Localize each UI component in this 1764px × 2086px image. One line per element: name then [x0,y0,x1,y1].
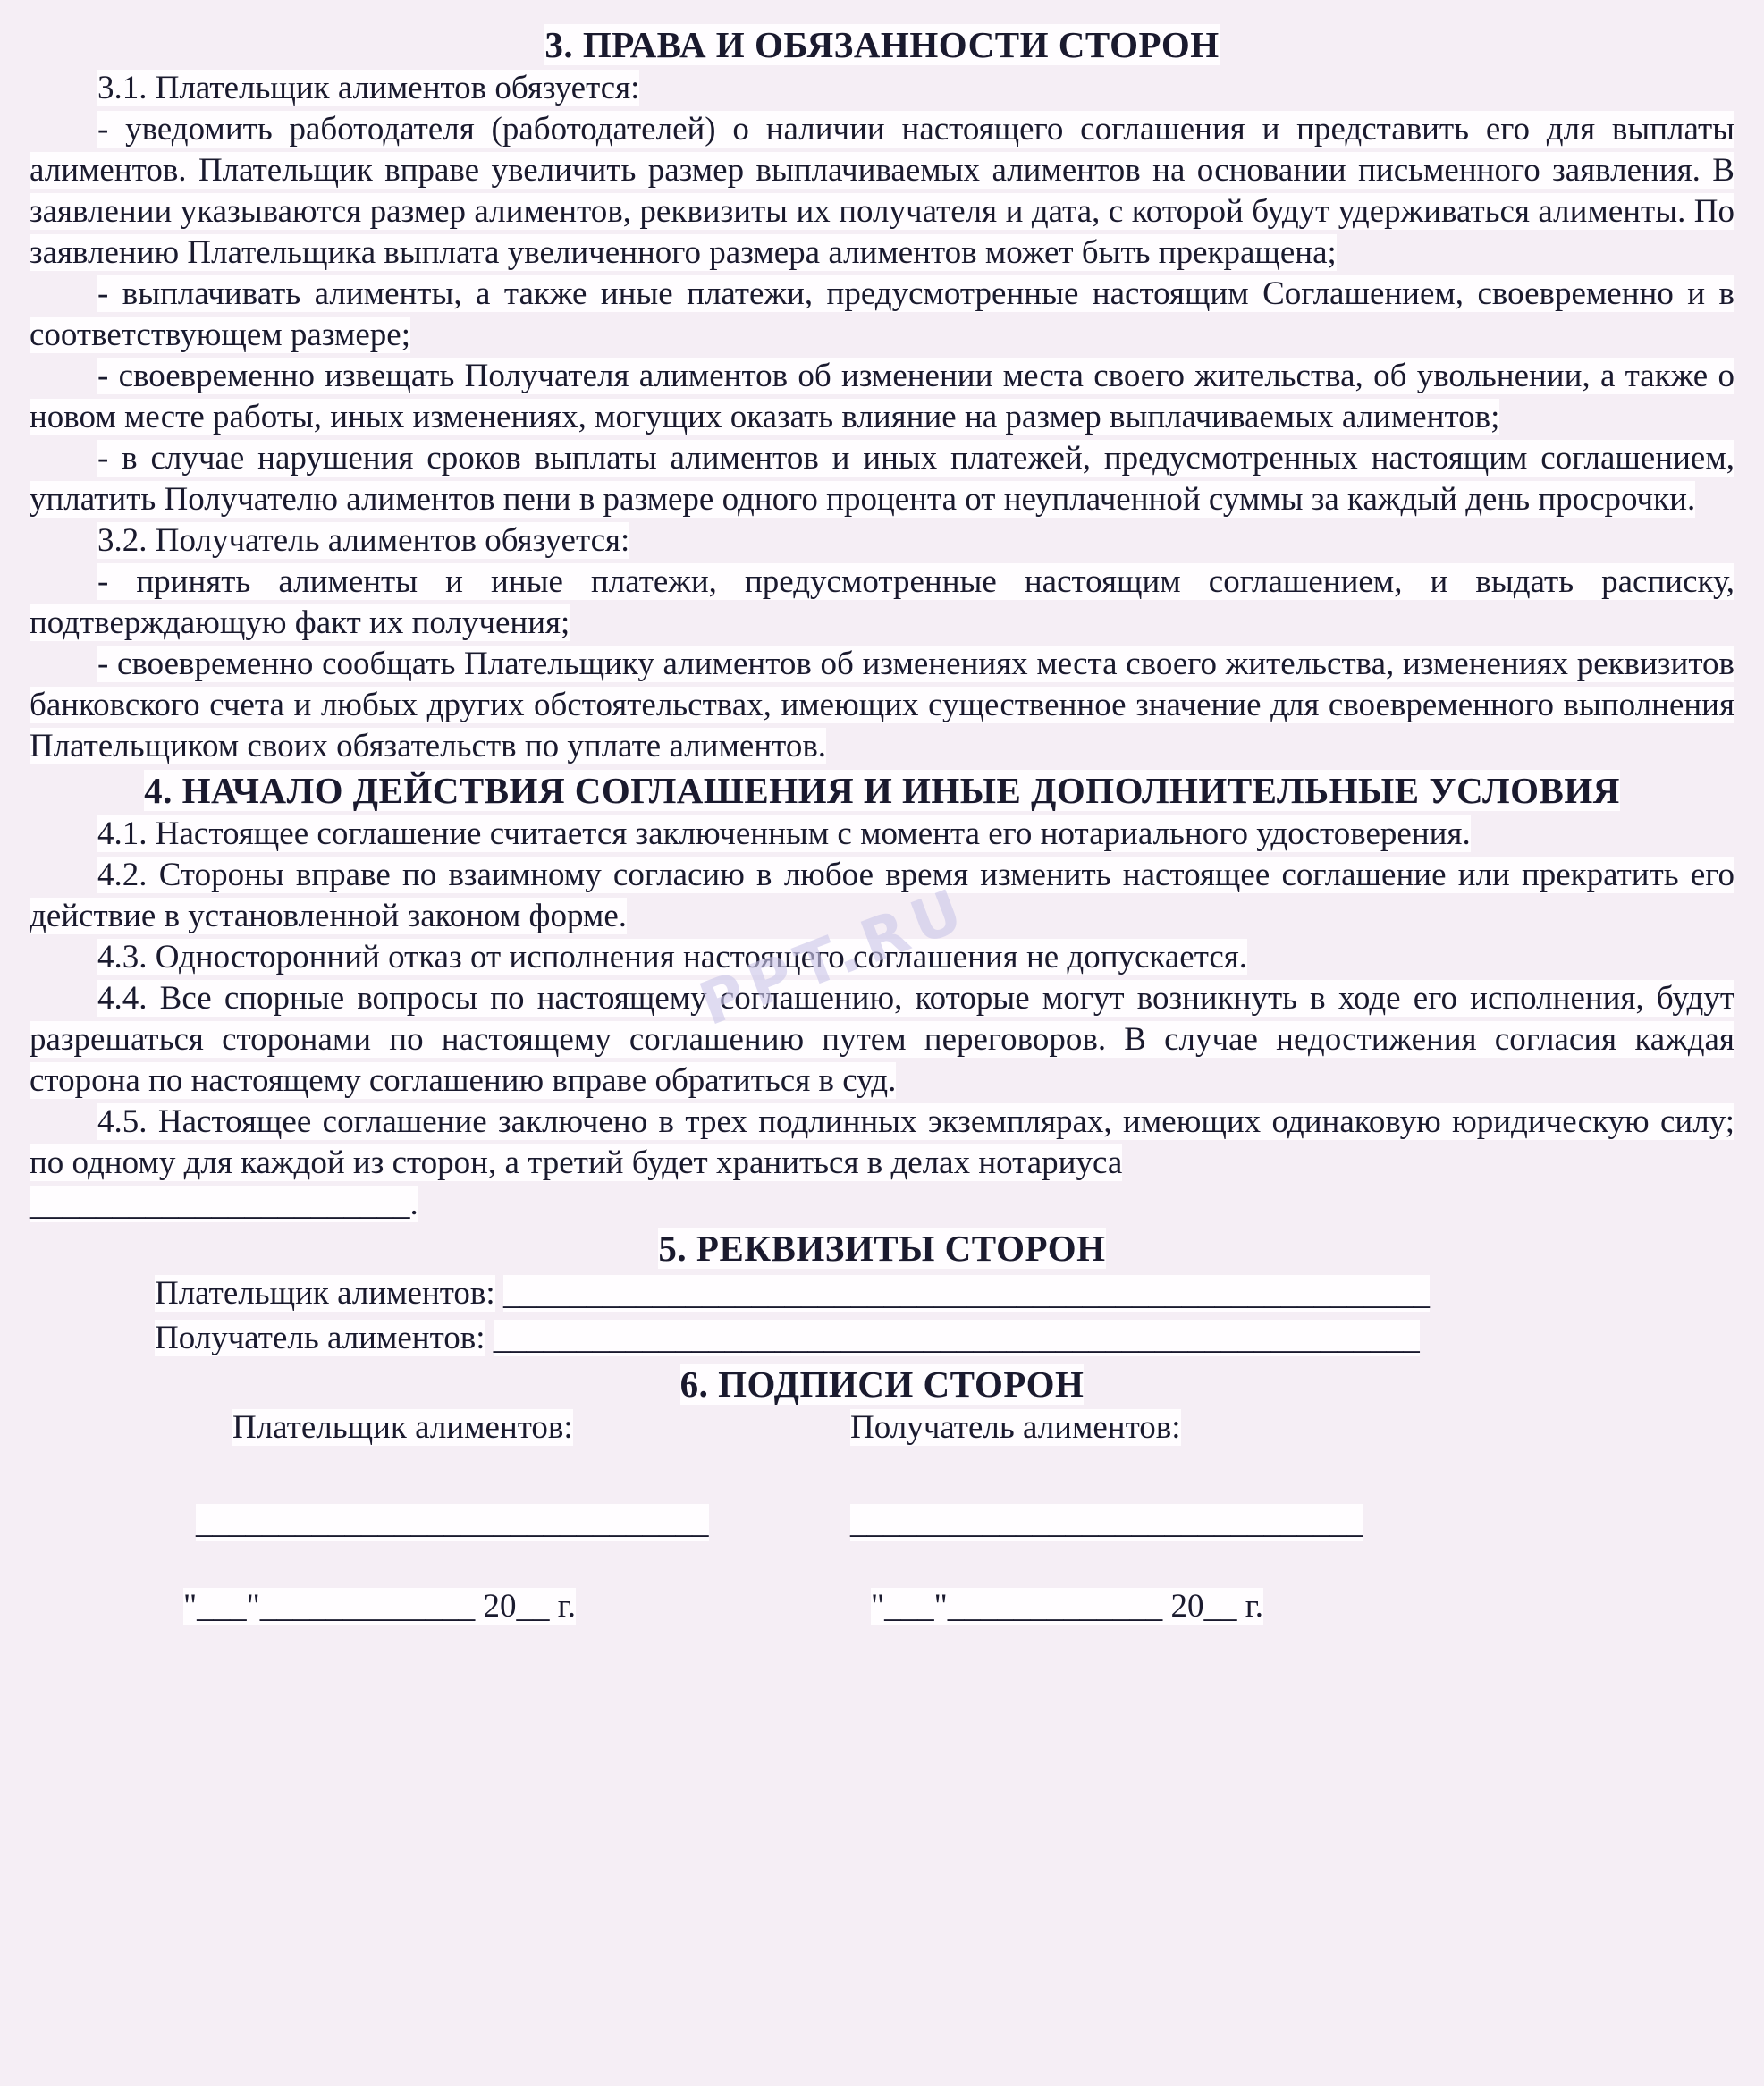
recipient-signature-column: Получатель алиментов: __________________… [850,1407,1387,1627]
payer-label: Плательщик алиментов: [155,1275,495,1312]
section-6-title: 6. ПОДПИСИ СТОРОН [30,1361,1734,1407]
recipient-date-line: "___"_____________ 20__ г. [850,1586,1387,1627]
paragraph: 3.2. Получатель алиментов обязуется: [30,520,1734,562]
document-page: 3. ПРАВА И ОБЯЗАННОСТИ СТОРОН 3.1. Плате… [0,0,1764,2086]
section-4-title: 4. НАЧАЛО ДЕЙСТВИЯ СОГЛАШЕНИЯ И ИНЫЕ ДОП… [30,767,1734,814]
paragraph: 4.5. Настоящее соглашение заключено в тр… [30,1102,1734,1184]
paragraph: 4.4. Все спорные вопросы по настоящему с… [30,978,1734,1102]
paragraph: - своевременно сообщать Плательщику алим… [30,644,1734,767]
recipient-requisites-blank: ________________________________________… [494,1320,1420,1356]
payer-signature-blank: _______________________________ [181,1502,718,1543]
payer-date-line: "___"_____________ 20__ г. [181,1586,718,1627]
paragraph: 4.3. Односторонний отказ от исполнения н… [30,937,1734,978]
section-3-title: 3. ПРАВА И ОБЯЗАННОСТИ СТОРОН [30,21,1734,68]
paragraph: - уведомить работодателя (работодателей)… [30,109,1734,274]
paragraph: 4.2. Стороны вправе по взаимному согласи… [30,855,1734,937]
payer-label: Плательщик алиментов: [181,1407,718,1448]
recipient-label: Получатель алиментов: [850,1407,1387,1448]
requisites-block: Плательщик алиментов: __________________… [30,1271,1734,1361]
notary-name-blank: _______________________. [30,1184,1734,1225]
signatures-block: Плательщик алиментов: __________________… [181,1407,1734,1627]
paragraph: - своевременно извещать Получателя алиме… [30,356,1734,438]
recipient-signature-blank: _______________________________ [850,1502,1387,1543]
paragraph: - в случае нарушения сроков выплаты алим… [30,438,1734,520]
paragraph: 4.1. Настоящее соглашение считается закл… [30,814,1734,855]
paragraph: - принять алименты и иные платежи, преду… [30,562,1734,644]
payer-requisites-line: Плательщик алиментов: __________________… [155,1271,1734,1316]
recipient-requisites-line: Получатель алиментов: __________________… [155,1316,1734,1361]
paragraph: 3.1. Плательщик алиментов обязуется: [30,68,1734,109]
payer-signature-column: Плательщик алиментов: __________________… [181,1407,718,1627]
recipient-label: Получатель алиментов: [155,1320,485,1356]
paragraph: - выплачивать алименты, а также иные пла… [30,274,1734,356]
section-5-title: 5. РЕКВИЗИТЫ СТОРОН [30,1225,1734,1271]
payer-requisites-blank: ________________________________________… [503,1275,1430,1312]
